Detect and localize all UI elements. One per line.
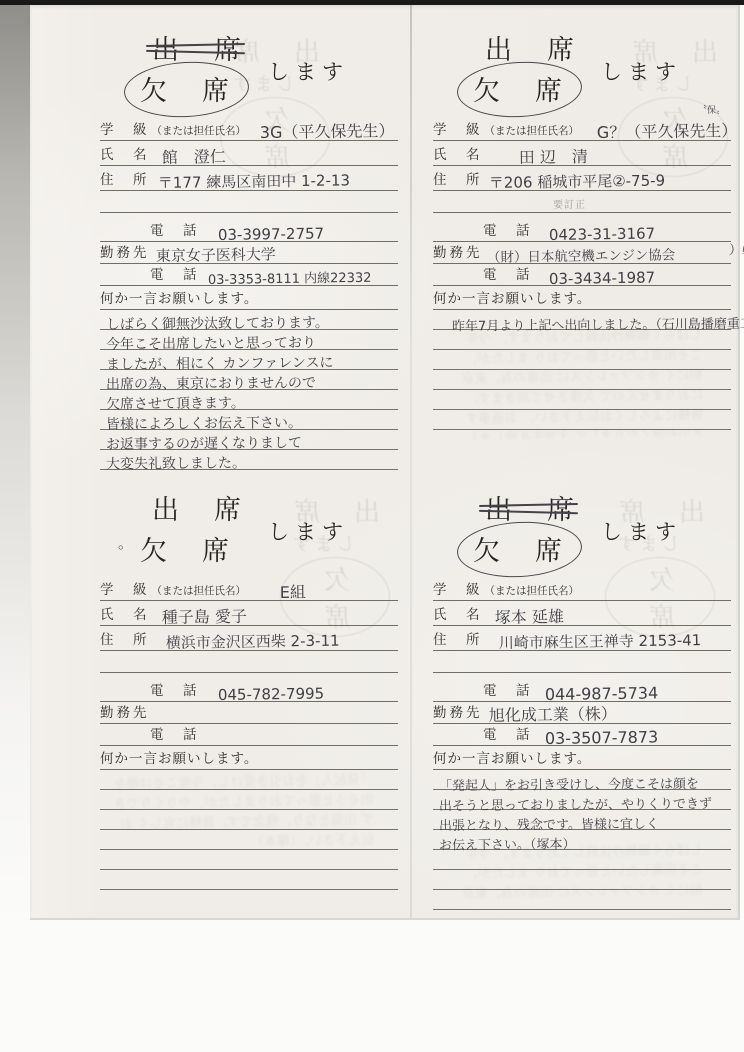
absent-option: 欠 席 [140, 529, 233, 568]
work-phone-row: 電 話 03-3507-7873 [433, 724, 731, 746]
workplace-label: 勤務先 [100, 701, 150, 723]
class-row: 学 級 （または担任氏名） E組 [100, 576, 398, 601]
address-label: 住 所 [100, 628, 150, 650]
absent-selection-dot: 。 [118, 532, 133, 553]
name-label: 氏 名 [100, 603, 150, 625]
message-area [100, 770, 398, 890]
message-line [100, 810, 398, 830]
workplace-row: 勤務先 （財）日本航空機エンジン協会 ）転 [433, 242, 731, 264]
absent-circle-mark [456, 519, 584, 580]
name-row: 氏 名 塚本 延雄 [433, 601, 731, 626]
message-area: 「発起人」をお引き受けし、今度こそは顔を出そうと思っておりましたが、やりくりでき… [433, 770, 731, 910]
scanned-sheet: 出 席 します 欠 席 出 席 します 欠 席 学 級 （または担任氏名） 3G… [30, 5, 740, 920]
attend-label: 出 席 [152, 495, 245, 525]
comment-prompt-row: 何か一言お願いします。 [433, 286, 731, 310]
message-line: お返事するのが遅くなりまして [100, 430, 398, 450]
message-line: しばらく御無沙汰致しております。 [100, 310, 398, 330]
scan-edge-top [0, 0, 744, 5]
reply-form-top-left: 出 席 します 欠 席 出 席 します 欠 席 学 級 （または担任氏名） 3G… [100, 28, 398, 470]
comment-prompt: 何か一言お願いします。 [433, 287, 591, 309]
message-line [100, 830, 398, 850]
class-label: 学 級 [433, 578, 483, 600]
address-row: 住 所 〒177 練馬区南田中 1-2-13 [100, 166, 398, 191]
name-row: 氏 名 館 澄仁 [100, 141, 398, 166]
absent-option: 欠 席 [140, 69, 233, 108]
work-phone-value: 03-3507-7873 [545, 727, 659, 748]
name-value: 田 辺 清 [519, 144, 588, 168]
class-row: 学 級 （または担任氏名） 3G（平久保先生） [100, 116, 398, 141]
workplace-row: 勤務先 [100, 702, 398, 724]
address-value: 横浜市金沢区西柴 2-3-11 [166, 630, 340, 653]
message-line [100, 850, 398, 870]
message-line: お伝え下さい。（塚本） [433, 830, 731, 850]
address-row: 住 所 〒206 稲城市平尾②-75-9 [433, 166, 731, 191]
work-phone-label: 電 話 [433, 723, 533, 745]
class-value: E組 [280, 580, 306, 603]
reply-form-bottom-right: 出 席 します 欠 席 出 席 します 欠 席 学 級 （または担任氏名） [433, 488, 731, 910]
absent-option: 欠 席 [473, 529, 566, 568]
class-label-note: （または担任氏名） [152, 583, 247, 600]
phone-label: 電 話 [433, 679, 533, 701]
absent-circle-mark [456, 59, 584, 120]
comment-prompt-row: 何か一言お願いします。 [433, 746, 731, 770]
attendance-header: 出 席 します 。 欠 席 [100, 488, 398, 568]
address-value: 〒177 練馬区南田中 1-2-13 [158, 169, 350, 193]
address-label: 住 所 [100, 168, 150, 190]
class-label: 学 級 [100, 578, 150, 600]
class-label: 学 級 [100, 118, 150, 140]
message-line [100, 790, 398, 810]
phone-row: 電 話 045-782-7995 [100, 680, 398, 702]
message-line [433, 350, 731, 370]
attend-option: 出 席 [152, 488, 245, 527]
phone-row: 電 話 044-987-5734 [433, 680, 731, 702]
address-row: 住 所 川崎市麻生区王禅寺 2153-41 [433, 626, 731, 651]
name-row: 氏 名 田 辺 清 [433, 141, 731, 166]
address-row-2: 要訂正 [433, 191, 731, 213]
message-line: 皆様によろしくお伝え下さい。 [100, 410, 398, 430]
workplace-label: 勤務先 [433, 241, 483, 263]
suffix-label: します [601, 516, 682, 546]
work-phone-row: 電 話 03-3434-1987 [433, 264, 731, 286]
absent-label: 欠 席 [140, 536, 233, 566]
message-line: ましたが、相にく カンファレンスに [100, 350, 398, 370]
attendance-header: 出 席 します 欠 席 [100, 28, 398, 108]
address-label: 住 所 [433, 168, 483, 190]
message-line: 出張となり、残念です。皆様に宜しく [433, 810, 731, 830]
message-line [433, 870, 731, 890]
name-label: 氏 名 [100, 143, 150, 165]
message-line [433, 850, 731, 870]
reply-form-bottom-left: 出 席 します 欠 席 出 席 します 。 欠 席 学 級 （または担任氏名） … [100, 488, 398, 890]
work-phone-label: 電 話 [100, 263, 200, 285]
correction-note: 要訂正 [553, 196, 586, 211]
address-row-2 [100, 651, 398, 673]
name-label: 氏 名 [433, 603, 483, 625]
absent-option: 欠 席 [473, 69, 566, 108]
class-correction-annotation: 〝保〟 [698, 103, 725, 116]
name-value: 塚本 延雄 [495, 604, 564, 628]
message-line [433, 390, 731, 410]
address-label: 住 所 [433, 628, 483, 650]
work-phone-label: 電 話 [100, 723, 200, 745]
message-line: 出席の為、東京におりませんので [100, 370, 398, 390]
name-value: 館 澄仁 [162, 144, 226, 168]
work-phone-row: 電 話 03-3353-8111 内線22332 [100, 264, 398, 286]
message-line: 「発起人」をお引き受けし、今度こそは顔を [433, 770, 731, 790]
class-value: 3G（平久保先生） [260, 118, 395, 143]
message-line: 出そうと思っておりましたが、やりくりできず [433, 790, 731, 810]
class-label-note: （または担任氏名） [152, 123, 247, 140]
workplace-row: 勤務先 東京女子医科大学 [100, 242, 398, 264]
message-line [100, 770, 398, 790]
suffix-label: します [601, 56, 682, 86]
center-fold-line [410, 5, 412, 918]
reply-form-top-right: 出 席 します 欠 席 出 席 します 欠 席 学 級 （または担任氏名） G？… [433, 28, 731, 430]
address-value: 川崎市麻生区王禅寺 2153-41 [499, 629, 702, 653]
comment-prompt: 何か一言お願いします。 [433, 747, 591, 769]
attendance-header: 出 席 します 欠 席 [433, 488, 731, 568]
phone-label: 電 話 [100, 219, 200, 241]
address-row-2 [433, 651, 731, 673]
suffix-label: します [268, 56, 349, 86]
phone-row: 電 話 0423-31-3167 [433, 220, 731, 242]
address-value: 〒206 稲城市平尾②-75-9 [489, 170, 666, 193]
attend-label: 出 席 [485, 35, 578, 65]
workplace-annotation: ）転 [728, 239, 744, 260]
message-line: 大変失礼致しました。 [100, 450, 398, 470]
message-area: しばらく御無沙汰致しております。今年こそ出席したいと思っておりましたが、相にく … [100, 310, 398, 470]
workplace-row: 勤務先 旭化成工業（株） [433, 702, 731, 724]
message-line [433, 370, 731, 390]
work-phone-value: 03-3434-1987 [549, 269, 656, 288]
class-label-note: （または担任氏名） [485, 123, 580, 140]
message-line: 昨年7月より上記へ出向しました。（石川島播磨重工より） [433, 310, 731, 330]
phone-label: 電 話 [100, 679, 200, 701]
class-row: 学 級 （または担任氏名） G？（平久保先生） 〝保〟 [433, 116, 731, 141]
message-line: 欠席させて頂きます。 [100, 390, 398, 410]
comment-prompt-row: 何か一言お願いします。 [100, 746, 398, 770]
work-phone-row: 電 話 [100, 724, 398, 746]
message-line [433, 890, 731, 910]
class-row: 学 級 （または担任氏名） [433, 576, 731, 601]
class-value: G？（平久保先生） [597, 118, 738, 143]
work-phone-label: 電 話 [433, 263, 533, 285]
message-line [433, 410, 731, 430]
comment-prompt: 何か一言お願いします。 [100, 287, 258, 309]
name-label: 氏 名 [433, 143, 483, 165]
message-line [433, 330, 731, 350]
address-row: 住 所 横浜市金沢区西柴 2-3-11 [100, 626, 398, 651]
message-line: 今年こそ出席したいと思っており [100, 330, 398, 350]
name-value: 種子島 愛子 [162, 604, 247, 628]
comment-prompt-row: 何か一言お願いします。 [100, 286, 398, 310]
message-area: 昨年7月より上記へ出向しました。（石川島播磨重工より） [433, 310, 731, 430]
phone-row: 電 話 03-3997-2757 [100, 220, 398, 242]
attendance-header: 出 席 します 欠 席 [433, 28, 731, 108]
phone-label: 電 話 [433, 219, 533, 241]
message-line [100, 870, 398, 890]
work-phone-value: 03-3353-8111 内線22332 [208, 267, 372, 288]
scan-edge-left [0, 0, 30, 920]
workplace-label: 勤務先 [433, 701, 483, 723]
address-row-2 [100, 191, 398, 213]
name-row: 氏 名 種子島 愛子 [100, 601, 398, 626]
message-line-text: 大変失礼致しました。 [106, 452, 246, 473]
absent-circle-mark [123, 59, 251, 120]
comment-prompt: 何か一言お願いします。 [100, 747, 258, 769]
suffix-label: します [268, 516, 349, 546]
class-label: 学 級 [433, 118, 483, 140]
workplace-label: 勤務先 [100, 241, 150, 263]
class-label-note: （または担任氏名） [485, 583, 580, 600]
